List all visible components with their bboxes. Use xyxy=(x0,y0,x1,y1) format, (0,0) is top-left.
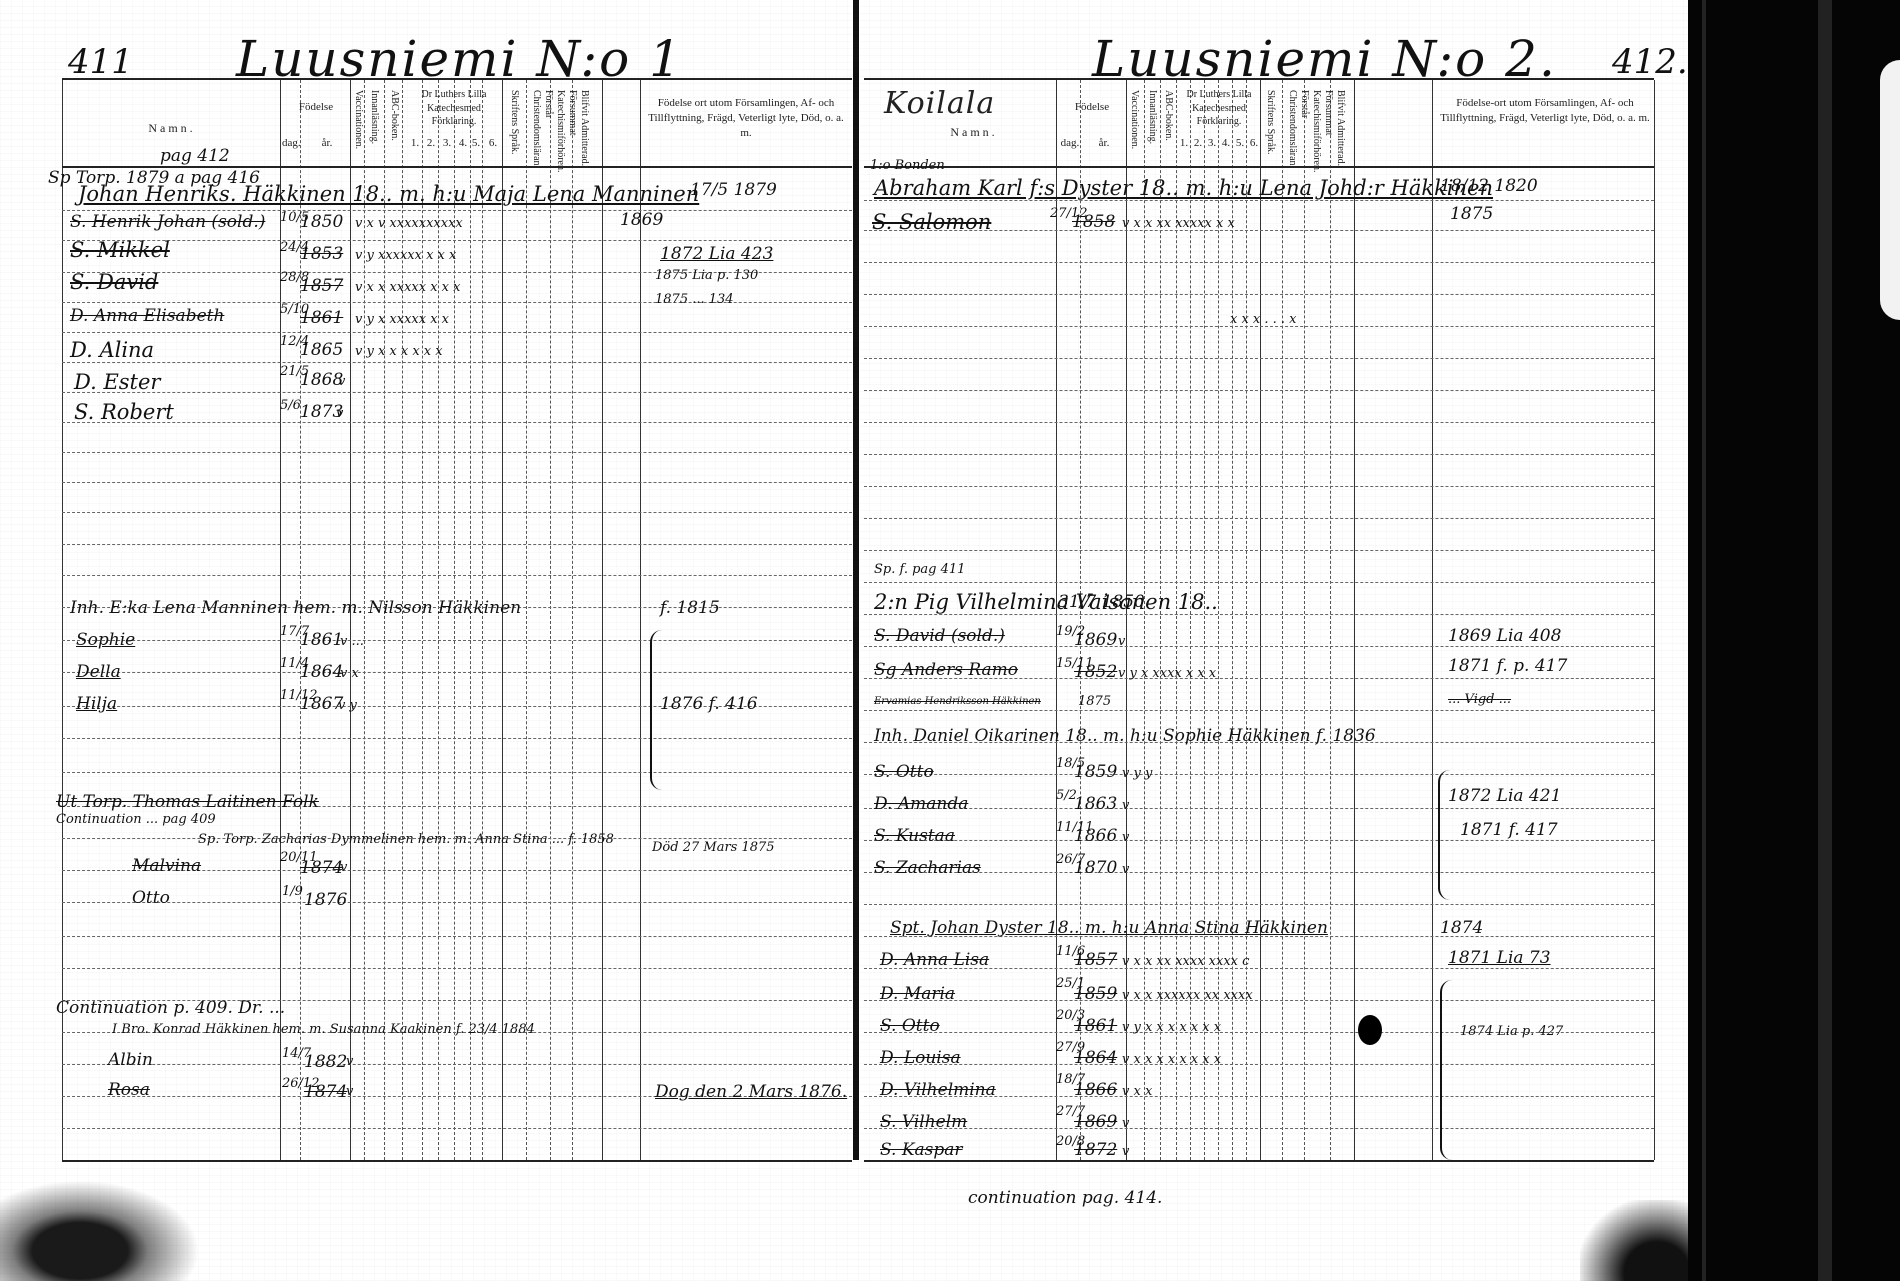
header-remarks: Födelse-ort utom Församlingen, Af- och T… xyxy=(1440,96,1650,126)
header-forsummat: Försummat Katechismiförhören. xyxy=(1310,90,1334,170)
entry-marks: v y xyxy=(338,698,357,713)
continuation-note: continuation pag. 414. xyxy=(968,1188,1162,1208)
entry-marks: v xyxy=(346,1054,353,1069)
entry-year: 1882 xyxy=(304,1052,347,1072)
entry-name: D. Anna Lisa xyxy=(880,950,989,970)
entry-name: S. Henrik Johan (sold.) xyxy=(70,212,265,232)
header-name: Namn. xyxy=(102,120,242,136)
page-number: 411 xyxy=(68,42,133,82)
entry-marks: v y x x x x x x xyxy=(355,344,443,359)
entry-marks: v x x xx xxxxx x x xyxy=(1122,216,1235,231)
entry-remark: 1875 ... 134 xyxy=(655,292,734,307)
page-stain xyxy=(1580,1200,1690,1281)
bracket xyxy=(1440,980,1452,1160)
entry-remark: 1872 Lia 423 xyxy=(660,244,773,264)
entry-year: 1859 xyxy=(1074,984,1117,1004)
entry-remark: 1876 f. 416 xyxy=(660,694,758,714)
header-birth-year: år. xyxy=(304,136,350,151)
entry-remark: Dog den 2 Mars 1876. xyxy=(655,1082,847,1102)
entry-marks: v y x xxxx x x x xyxy=(1118,666,1216,681)
header-name: Namn. xyxy=(904,124,1044,140)
header-birth-day: dag. xyxy=(282,136,300,151)
entry-note: Continuation ... pag 409 xyxy=(56,812,216,827)
household-head: Inh. Daniel Oikarinen 18.. m. h:u Sophie… xyxy=(874,726,1376,746)
entry-name: D. Louisa xyxy=(880,1048,961,1068)
entry-year: 1852 xyxy=(1074,662,1117,682)
entry-marks: v y y xyxy=(1122,766,1152,781)
household-remark: f. 1815 xyxy=(660,598,720,618)
page-gutter xyxy=(853,0,859,1160)
entry-name: Hilja xyxy=(76,694,117,714)
catechism-col-1: 1. xyxy=(1178,136,1190,151)
header-catechism: Dr Luthers Lilla Katechesmed Förklaring. xyxy=(1176,88,1262,129)
entry-name: Ervamias Hendriksson Häkkinen xyxy=(874,696,1041,707)
entry-name: S. Mikkel xyxy=(70,238,170,262)
entry-name: D. Amanda xyxy=(874,794,968,814)
entry-year: 1874 xyxy=(300,858,343,878)
household-head: Ut Torp. Thomas Laitinen Folk xyxy=(56,792,319,812)
catechism-col-1: 1. xyxy=(408,136,422,151)
entry-name: Rosa xyxy=(108,1080,150,1100)
entry-name: S. Kaspar xyxy=(880,1140,963,1160)
bracket xyxy=(650,630,662,790)
entry-year: 1861 xyxy=(1074,1016,1117,1036)
page-number: 412. xyxy=(1612,42,1688,82)
entry-marks: v x xyxy=(340,666,359,681)
entry-marks: v xyxy=(1118,634,1125,649)
catechism-col-3: 3. xyxy=(440,136,454,151)
register-grid: Koilala Namn. Födelse dag. år. Vaccinati… xyxy=(864,78,1654,1162)
entry-name: S. Kustaa xyxy=(874,826,955,846)
entry-day: 5/6 xyxy=(280,398,301,413)
entry-year: 1869 xyxy=(1074,1112,1117,1132)
entry-marks: v xyxy=(1122,830,1129,845)
entry-remark: 1871 f. p. 417 xyxy=(1448,656,1567,676)
entry-year: 1857 xyxy=(300,276,343,296)
entry-name: D. Maria xyxy=(880,984,955,1004)
entry-remark: 1871 Lia 73 xyxy=(1448,948,1551,968)
entry-name: S. David (sold.) xyxy=(874,626,1005,646)
entry-year: 1876 xyxy=(304,890,347,910)
catechism-col-4: 4. xyxy=(1220,136,1232,151)
header-innanlasning: Innanläsning. xyxy=(368,90,380,160)
entry-name: D. Vilhelmina xyxy=(880,1080,996,1100)
entry-marks: v ... xyxy=(340,634,364,649)
entry-note: Sp. f. pag 411 xyxy=(874,562,965,577)
entry-name: S. Salomon xyxy=(872,210,991,234)
entry-year: 1875 xyxy=(1078,694,1111,709)
entry-marks: v xyxy=(1122,798,1129,813)
entry-year: 1868 xyxy=(300,370,343,390)
entry-marks: v y xxxxxx x x x xyxy=(355,248,456,263)
catechism-col-6: 6. xyxy=(486,136,500,151)
entry-marks: v xyxy=(1122,862,1129,877)
entry-year: 1866 xyxy=(1074,826,1117,846)
entry-year: 1874 xyxy=(304,1082,347,1102)
entry-remark: ... Vigd ... xyxy=(1448,692,1511,707)
household-date: 31/7 1850 xyxy=(1058,592,1145,612)
header-remarks: Födelse ort utom Församlingen, Af- och T… xyxy=(646,96,846,141)
header-birth: Födelse xyxy=(1058,100,1126,115)
entry-name: Albin xyxy=(108,1050,153,1070)
header-blifvit: Blifvit Admitterad. xyxy=(1334,90,1346,170)
entry-remark: 1875 Lia p. 130 xyxy=(655,268,758,283)
household-date: 17/5 1879 xyxy=(690,180,777,200)
entry-name: S. Vilhelm xyxy=(880,1112,967,1132)
entry-note: pag 412 xyxy=(160,146,230,166)
catechism-col-5: 5. xyxy=(470,136,482,151)
entry-marks: v x x xx xxxx xxxx c xyxy=(1122,954,1249,969)
entry-name: Otto xyxy=(132,888,170,908)
entry-marks: v x x x x x x x x xyxy=(1122,1052,1221,1067)
right-page: Luusniemi N:o 2. 412. Koilala Namn. Föde… xyxy=(860,0,1688,1281)
entry-year: 1865 xyxy=(300,340,343,360)
header-birth-year: år. xyxy=(1084,136,1124,151)
ink-blot xyxy=(1358,1015,1382,1045)
entry-name: D. Alina xyxy=(70,338,154,362)
household-remark: 1874 xyxy=(1440,918,1483,938)
entry-year: 1864 xyxy=(1074,1048,1117,1068)
entry-name: S. Otto xyxy=(874,762,934,782)
entry-remark: Död 27 Mars 1875 xyxy=(652,840,775,855)
entry-marks: x x x . . . x xyxy=(1230,312,1297,327)
catechism-col-6: 6. xyxy=(1248,136,1260,151)
header-forsummat: Försummat Katechismiförhören. xyxy=(554,90,578,170)
left-page: 411 Luusniemi N:o 1 Namn. Födelse dag. å… xyxy=(0,0,860,1281)
entry-marks: v x x xxxxxx xx xxxx xyxy=(1122,988,1253,1003)
header-birth: Födelse xyxy=(282,100,350,115)
entry-marks: v xyxy=(1122,1144,1129,1159)
entry-year: 1869 xyxy=(1074,630,1117,650)
entry-marks: v y x xxxxx x x xyxy=(355,312,449,327)
catechism-col-4: 4. xyxy=(456,136,470,151)
catechism-col-2: 2. xyxy=(1192,136,1204,151)
entry-name: S. Otto xyxy=(880,1016,940,1036)
entry-marks: v x v xxxxxxxxxx xyxy=(355,216,463,231)
entry-name: S. Robert xyxy=(74,400,174,424)
header-skriftens: Skriftens Språk. xyxy=(508,90,520,170)
entry-year: 1859 xyxy=(1074,762,1117,782)
entry-year: 1857 xyxy=(1074,950,1117,970)
entry-remark: 1869 Lia 408 xyxy=(1448,626,1561,646)
binding-edge xyxy=(1688,0,1900,1281)
entry-year: 1850 xyxy=(300,212,343,232)
header-forstar: Förstår Christendomsläran. xyxy=(530,90,554,170)
entry-remark: 1869 xyxy=(620,210,663,230)
household-head: Johan Henriks. Häkkinen 18.. m. h:u Maja… xyxy=(78,182,699,206)
catechism-col-5: 5. xyxy=(1234,136,1246,151)
entry-remark: 1871 f. 417 xyxy=(1460,820,1558,840)
page-stain xyxy=(0,1180,200,1281)
entry-name: D. Ester xyxy=(74,370,160,394)
entry-note: Continuation p. 409. Dr. ... xyxy=(56,998,285,1018)
entry-name: D. Anna Elisabeth xyxy=(70,306,224,326)
entry-year: 1866 xyxy=(1074,1080,1117,1100)
entry-marks: v y x x x x x x x xyxy=(1122,1020,1221,1035)
header-vaccination: Vaccinationen. xyxy=(352,90,364,160)
entry-day: 1/9 xyxy=(282,884,303,899)
household-head: Spt. Johan Dyster 18.. m. h:u Anna Stina… xyxy=(890,918,1328,938)
entry-marks: v x x xyxy=(1122,1084,1152,1099)
entry-marks: v xyxy=(346,1084,353,1099)
header-blifvit: Blifvit Admitterad. xyxy=(578,90,590,170)
entry-name: S. Zacharias xyxy=(874,858,981,878)
household-date: 18/12 1820 xyxy=(1440,176,1538,196)
place-name: Koilala xyxy=(884,84,995,125)
entry-year: 1870 xyxy=(1074,858,1117,878)
entry-remark: 1872 Lia 421 xyxy=(1448,786,1561,806)
household-head: Sp. Torp. Zacharias Dymmelinen hem. m. A… xyxy=(198,832,614,847)
household-head: Inh. E:ka Lena Manninen hem. m. Nilsson … xyxy=(70,598,521,618)
entry-name: Malvina xyxy=(132,856,201,876)
entry-note: 1:o Bonden xyxy=(870,158,945,173)
entry-marks: v x x xxxxx x x x xyxy=(355,280,460,295)
entry-year: 1858 xyxy=(1072,212,1115,232)
header-innanlasning: Innanläsning. xyxy=(1146,90,1158,164)
catechism-col-2: 2. xyxy=(424,136,438,151)
entry-year: 1867 xyxy=(300,694,343,714)
header-birth-day: dag. xyxy=(1060,136,1080,151)
entry-year: 1863 xyxy=(1074,794,1117,814)
entry-marks: v xyxy=(1122,1116,1129,1131)
entry-marks: v xyxy=(336,406,343,421)
entry-marks: v xyxy=(338,374,345,389)
header-abc-boken: ABC-boken. xyxy=(1162,90,1174,150)
entry-year: 1872 xyxy=(1074,1140,1117,1160)
entry-name: Sg Anders Ramo xyxy=(874,660,1018,680)
entry-marks: v xyxy=(340,860,347,875)
header-forstar: Förstår Christendomsläran. xyxy=(1286,90,1310,170)
entry-remark: 1875 xyxy=(1450,204,1493,224)
household-head: Abraham Karl f:s Dyster 18.. m. h:u Lena… xyxy=(874,176,1493,200)
entry-year: 1861 xyxy=(300,630,343,650)
entry-year: 1861 xyxy=(300,308,343,328)
entry-remark: 1874 Lia p. 427 xyxy=(1460,1024,1563,1039)
household-head: I Bro. Konrad Häkkinen hem. m. Susanna K… xyxy=(112,1022,535,1037)
household-head: 2:n Pig Vilhelmina Vaisanen 18.. xyxy=(874,590,1218,614)
entry-year: 1853 xyxy=(300,244,343,264)
entry-name: Della xyxy=(76,662,121,682)
header-skriftens: Skriftens Språk. xyxy=(1264,90,1276,170)
header-catechism: Dr Luthers Lilla Katechesmed Förklaring. xyxy=(404,88,504,129)
entry-name: Sophie xyxy=(76,630,135,650)
catechism-col-3: 3. xyxy=(1206,136,1218,151)
bracket xyxy=(1438,770,1450,900)
entry-year: 1864 xyxy=(300,662,343,682)
header-abc-boken: ABC-boken. xyxy=(388,90,400,150)
header-vaccination: Vaccinationen. xyxy=(1128,90,1140,164)
entry-name: S. David xyxy=(70,270,158,294)
